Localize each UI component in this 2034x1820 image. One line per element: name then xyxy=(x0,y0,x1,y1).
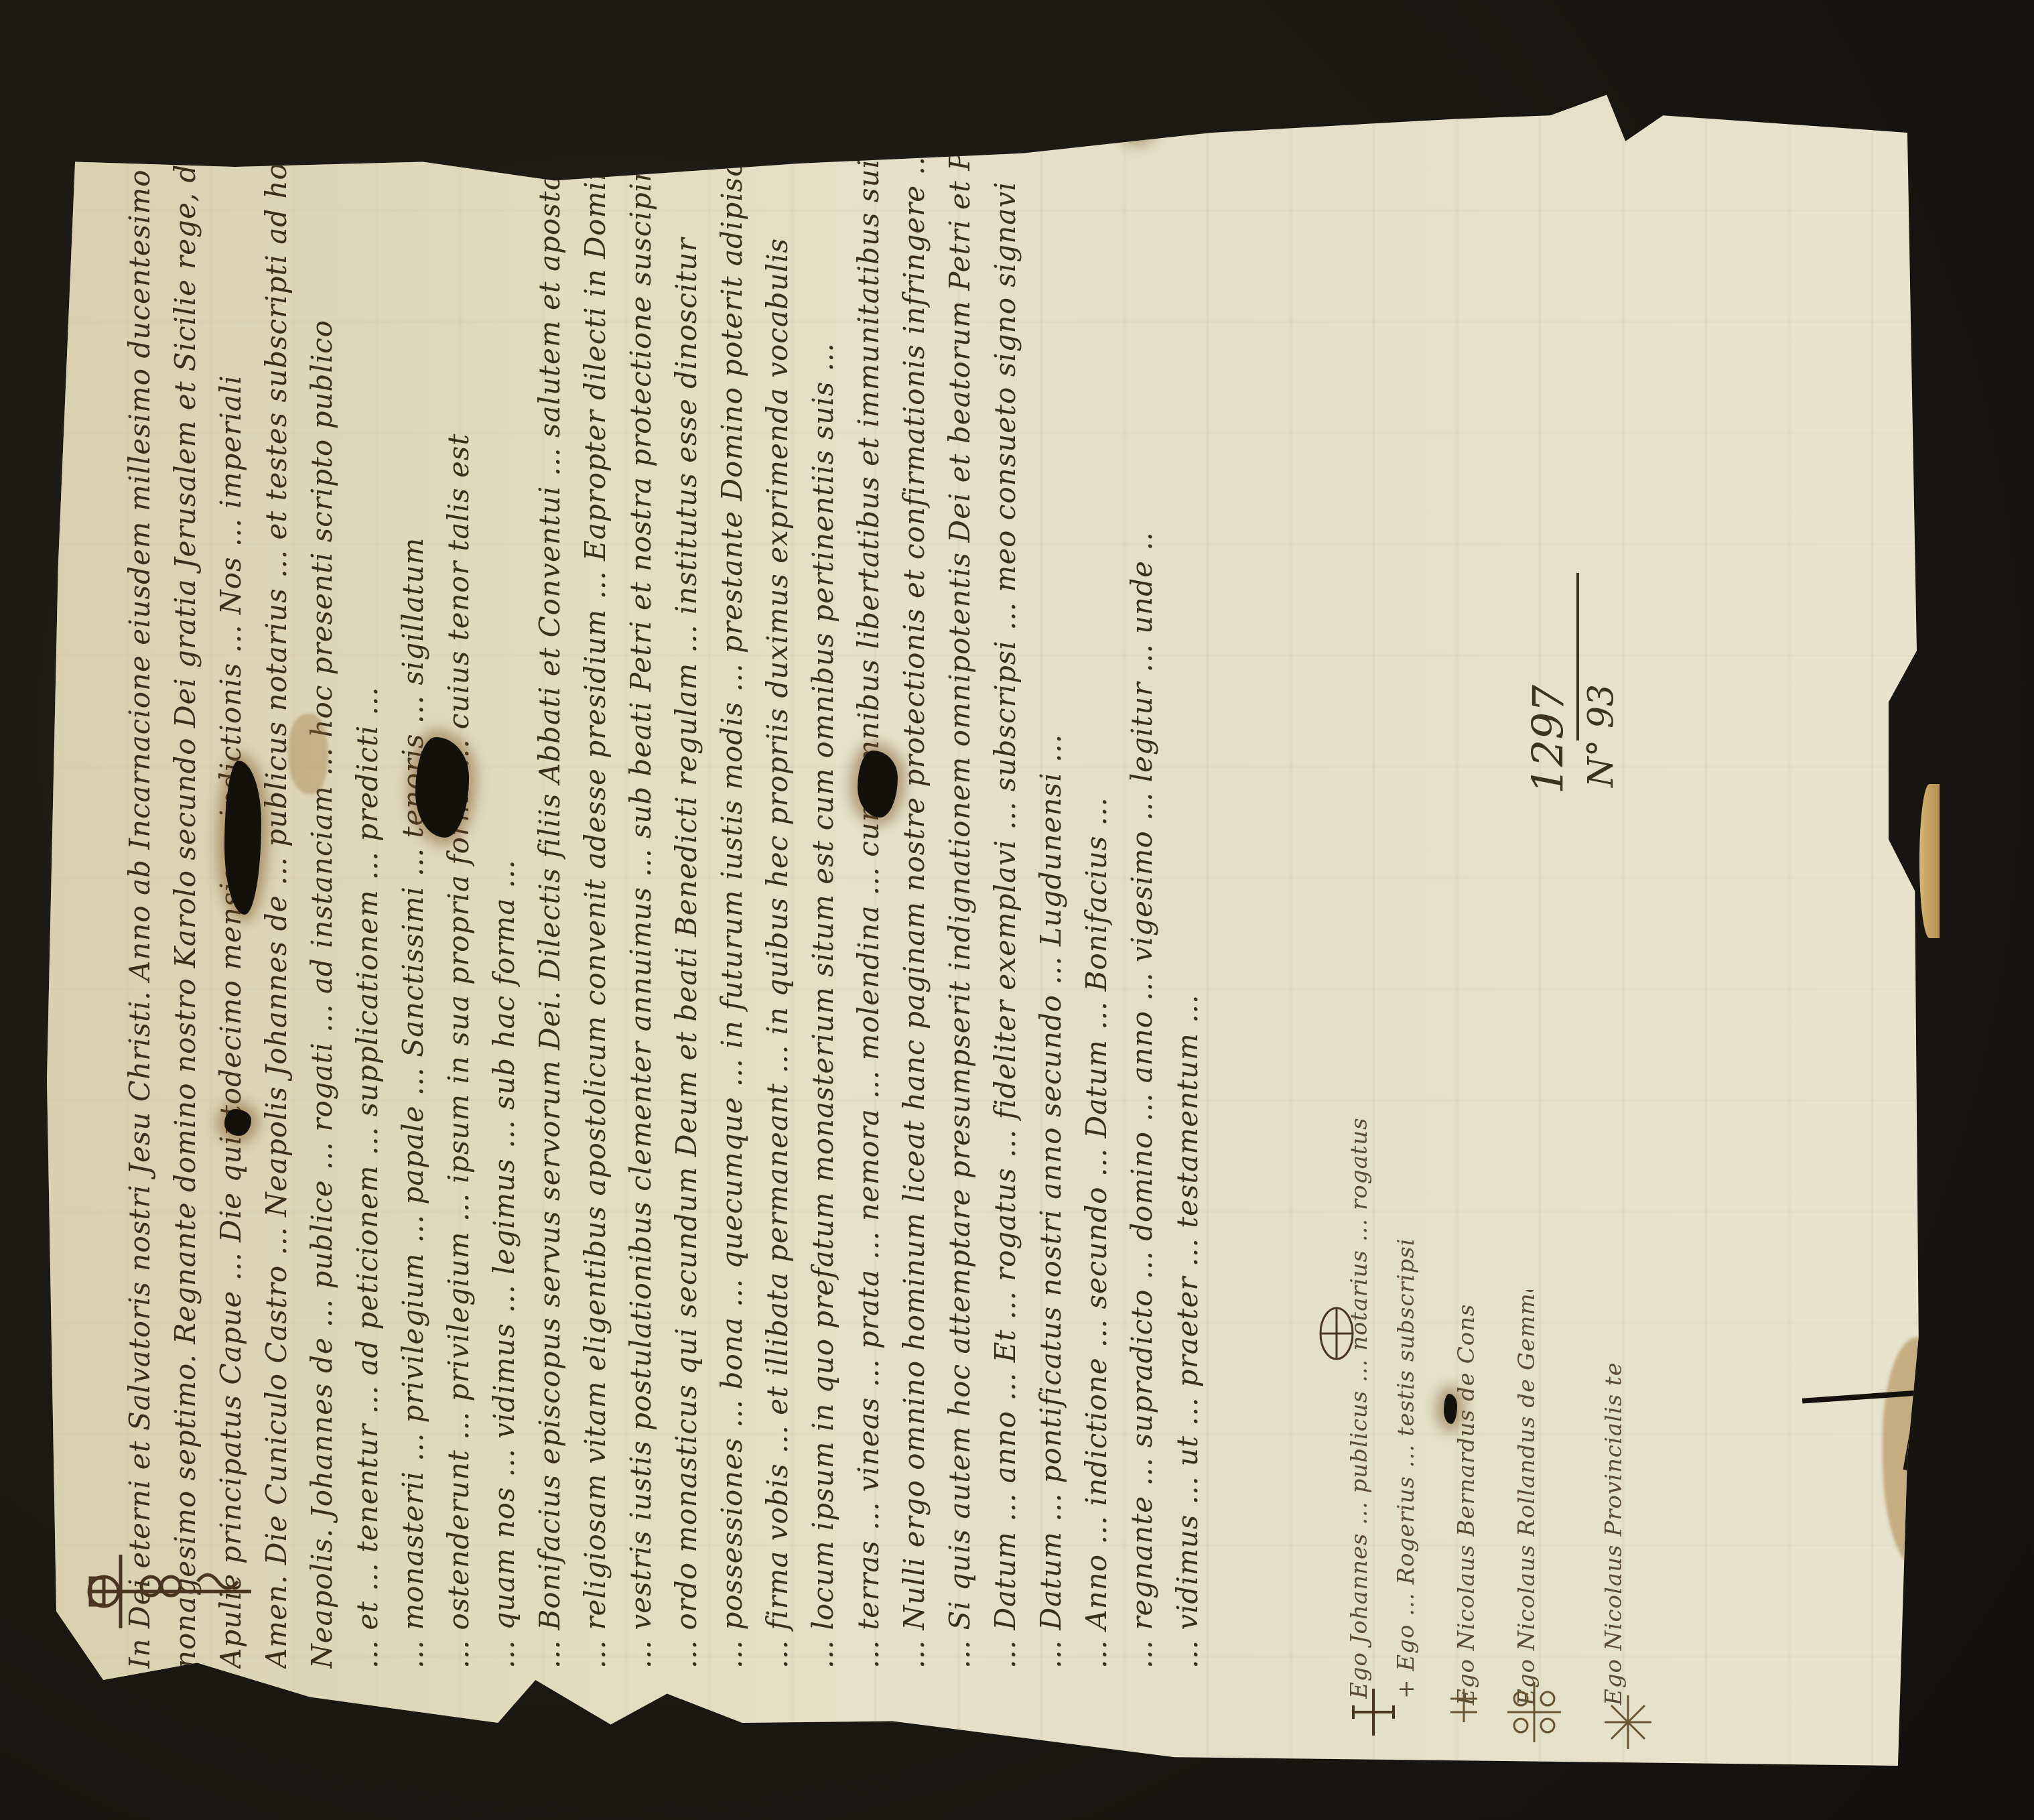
archival-rule xyxy=(1576,573,1579,740)
body-line: ... Bonifacius episcopus servus servorum… xyxy=(531,114,569,1669)
body-line: Neapolis. Johannes de ... publice ... ro… xyxy=(303,114,342,1669)
water-stain xyxy=(1883,1337,1956,1571)
body-line: ... regnante ... supradicto ... domino .… xyxy=(1123,529,1162,1669)
body-line: ... Nulli ergo omnino hominum liceat han… xyxy=(895,114,934,1669)
burn-hole xyxy=(1126,114,1149,137)
notarial-knot-icon xyxy=(1316,1303,1357,1364)
scorch-stain xyxy=(288,714,328,794)
notary-cross-icon xyxy=(1350,1685,1397,1739)
body-line: ... vidimus ... ut ... praeter ... testa… xyxy=(1168,663,1207,1669)
body-line: ... Datum ... pontificatus nostri anno s… xyxy=(1032,114,1071,1669)
body-line: ... monasterii ... privilegium ... papal… xyxy=(394,114,433,1669)
archival-number: N° 93 xyxy=(1581,660,1621,787)
body-line: ... Si quis autem hoc attemptare presump… xyxy=(941,114,979,1669)
body-line: Amen. Die Cuniculo Castro ... Neapolis J… xyxy=(257,114,296,1669)
body-line: ... vestris iustis postulationibus cleme… xyxy=(622,114,661,1669)
body-line: ... terras ... vineas ... prata ... nemo… xyxy=(850,114,888,1669)
knot-cross-icon xyxy=(1504,1679,1564,1746)
folded-edge xyxy=(1919,784,1940,938)
witness-subscription: + Ego ... Rogerius ... testis subscripsi xyxy=(1387,1189,1426,1699)
body-line: ... possessiones ... bona ... quecumque … xyxy=(713,114,752,1669)
notary-subscription: Ego Johannes ... publicus ... notarius .… xyxy=(1340,1109,1379,1699)
archival-year: 1297 xyxy=(1524,573,1574,794)
parchment-sheet: In Dei eterni et Salvatoris nostri Jesu … xyxy=(47,50,1926,1766)
archival-annotation: 1297 N° 93 xyxy=(1517,573,1651,794)
witness-cross-icon xyxy=(1447,1685,1481,1726)
body-line: ... religiosam vitam eligentibus apostol… xyxy=(576,114,615,1669)
witness-subscription: Ego Nicolaus Bernardus de Constancia tes… xyxy=(1447,1303,1486,1705)
body-line: nonagesimo septimo. Regnante domino nost… xyxy=(166,114,205,1669)
body-line: ... firma vobis ... et illibata permanea… xyxy=(758,114,797,1669)
charter-body: In Dei eterni et Salvatoris nostri Jesu … xyxy=(121,114,1327,1695)
star-cross-icon xyxy=(1601,1692,1655,1752)
body-line: ... ordo monasticus qui secundum Deum et… xyxy=(667,114,706,1669)
body-line: ... Datum ... anno ... Et ... rogatus ..… xyxy=(986,114,1025,1669)
witness-subscription: Ego Nicolaus Provincialis testis subscri… xyxy=(1595,1364,1633,1705)
body-line: ... quam nos ... vidimus ... legimus ...… xyxy=(485,114,524,1669)
notarial-sign-icon xyxy=(84,1545,258,1638)
witness-subscription: Ego Nicolaus Rollandus de Gemma testis xyxy=(1507,1290,1546,1705)
body-line: ... et ... tenentur ... ad peticionem ..… xyxy=(348,114,387,1669)
body-line: ... ostenderunt ... privilegium ... ipsu… xyxy=(439,114,478,1669)
body-line: ... locum ipsum in quo prefatum monaster… xyxy=(804,114,843,1669)
body-line: In Dei eterni et Salvatoris nostri Jesu … xyxy=(121,114,159,1669)
body-line: ... Anno ... indictione ... secundo ... … xyxy=(1077,295,1116,1669)
